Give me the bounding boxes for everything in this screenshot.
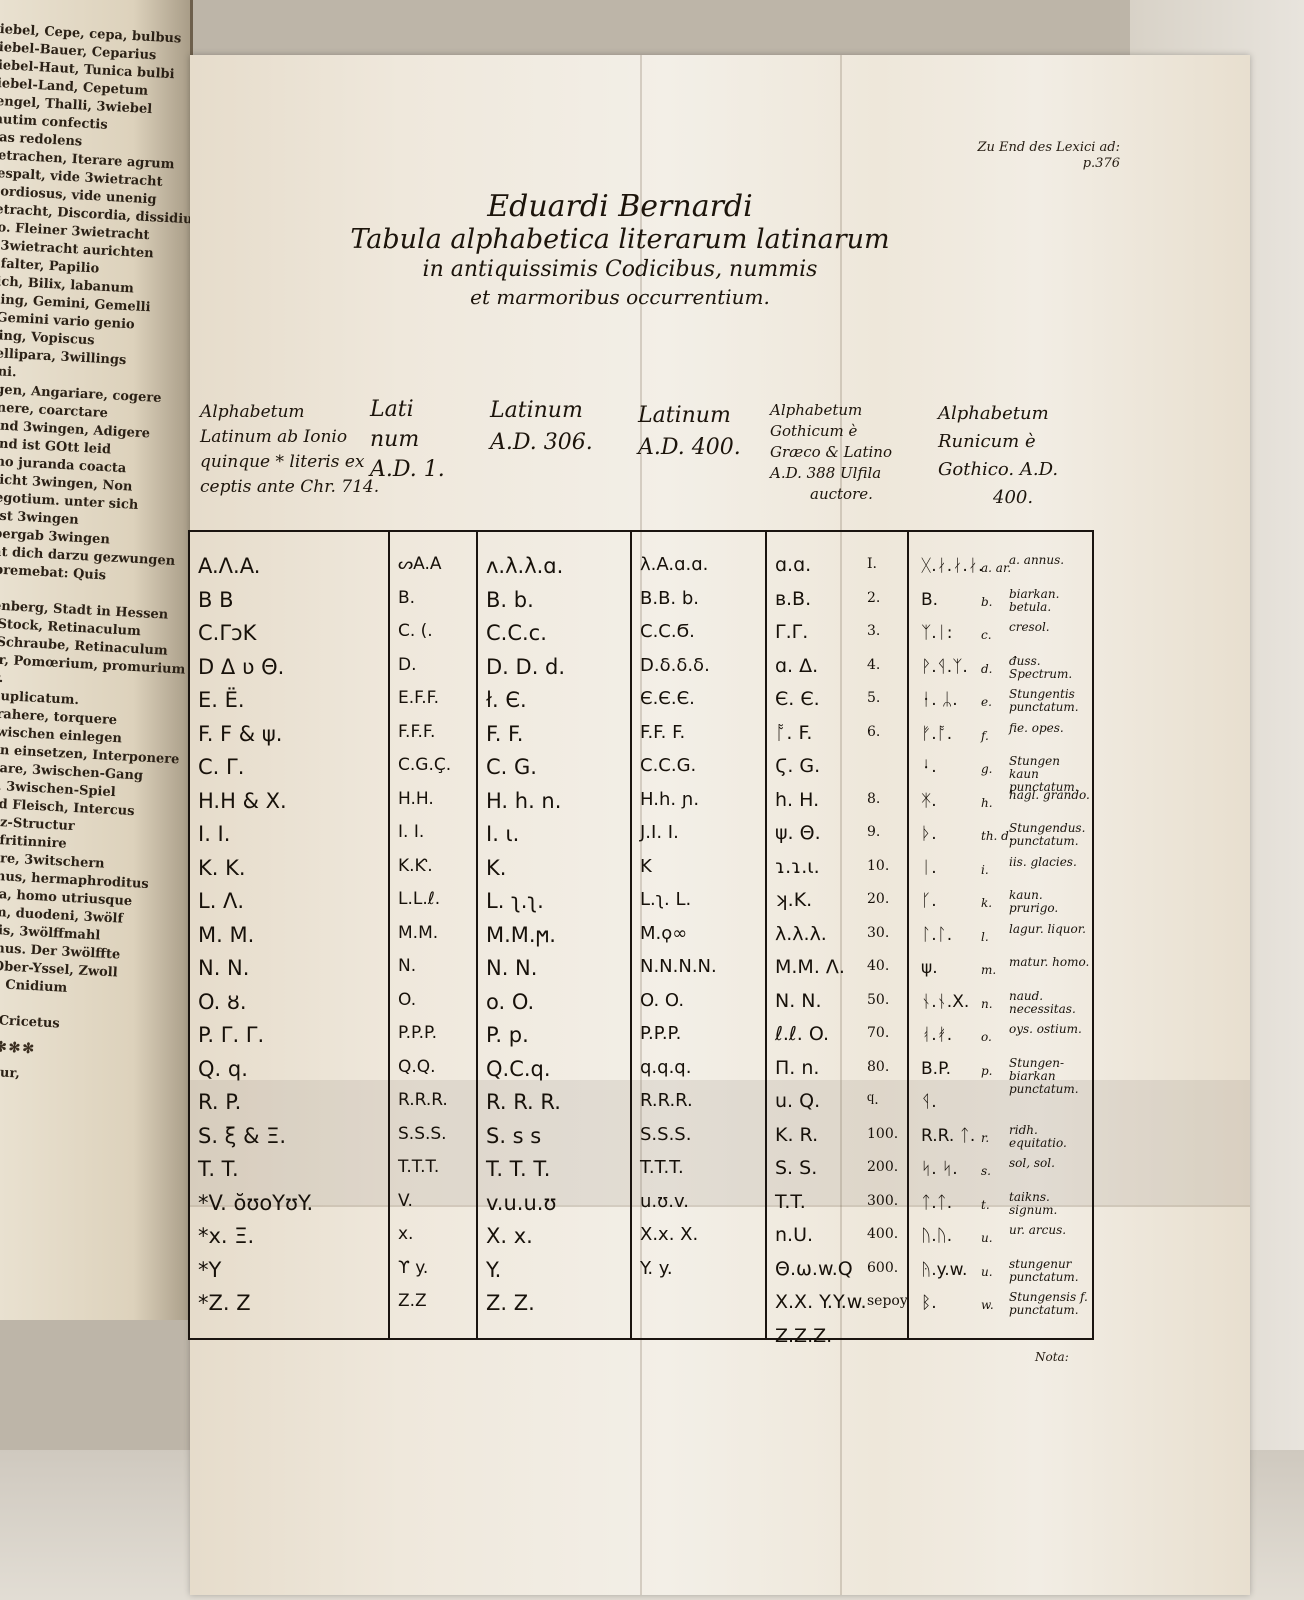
letter-form-cell: P. Γ. Γ. xyxy=(198,1023,264,1047)
letter-form-cell: x. xyxy=(398,1224,413,1244)
column-latin-ad1: ᔕA.AB.C. (.D.E.F.F.F.F.F.C.G.Ç.H.H.I. I.… xyxy=(388,532,478,1338)
header-latin-ad1: Lati num A.D. 1. xyxy=(370,395,445,485)
header-line: Alphabetum xyxy=(200,400,379,425)
letter-form-cell: C.C.G. xyxy=(640,755,696,776)
letter-form-cell: n.U. xyxy=(775,1224,813,1246)
rune-name-meaning: hagl. grando. xyxy=(1009,789,1091,802)
letter-form-cell: I. I. xyxy=(398,822,424,842)
letter-form-cell: D Δ ʋ Θ. xyxy=(198,655,284,679)
left-book-page: 3wiebel, Cepe, cepa, bulbus3wiebel-Bauer… xyxy=(0,0,193,1320)
rune-symbol: ᛁ. xyxy=(921,858,937,878)
letter-form-cell: v.u.u.ʊ xyxy=(486,1191,556,1215)
rune-name-meaning: lagur. liquor. xyxy=(1009,923,1091,936)
letter-form-cell: K.Ƙ. xyxy=(398,856,433,876)
letter-form-cell: o. O. xyxy=(486,990,534,1014)
letter-form-cell: q.q.q. xyxy=(640,1057,691,1078)
header-line: Runicum è xyxy=(938,428,1058,456)
header-line: Alphabetum xyxy=(938,400,1058,428)
letter-form-cell: D.δ.δ.δ. xyxy=(640,655,710,676)
letter-form-cell: L. Λ. xyxy=(198,889,244,913)
letter-form-cell: I. I. xyxy=(198,822,230,846)
rune-symbol: ᚠ.ᚩ. xyxy=(921,724,952,744)
rune-latin-letter: t. xyxy=(981,1199,990,1212)
letter-form-cell: S.S.S. xyxy=(398,1124,447,1144)
letter-form-cell: ɿ.ɿ.ι. xyxy=(775,856,820,878)
letter-form-cell: ᔕA.A xyxy=(398,554,442,574)
header-line: A.D. 306. xyxy=(490,427,593,459)
letter-form-cell: L. ʅ.ʅ. xyxy=(486,889,544,913)
rune-name-meaning: oys. ostium. xyxy=(1009,1023,1091,1036)
rune-symbol: ᛉ.ᛁ: xyxy=(921,623,953,643)
rune-latin-letter: a. ar. xyxy=(981,562,1011,575)
letter-form-cell: B. b. xyxy=(486,588,534,612)
rune-latin-letter: o. xyxy=(981,1031,992,1044)
header-line: Gothico. A.D. xyxy=(938,456,1058,484)
rune-latin-letter: m. xyxy=(981,964,996,977)
letter-form-cell: Ϛ. G. xyxy=(775,755,820,777)
letter-form-cell: *Z. Z xyxy=(198,1291,251,1315)
letter-form-cell: V. xyxy=(398,1191,413,1211)
numeral-value: 300. xyxy=(867,1193,898,1209)
header-latin-ad306: Latinum A.D. 306. xyxy=(490,395,593,459)
rune-symbol: ᚴ. xyxy=(921,891,937,911)
rune-symbol: R.R. ᛏ. xyxy=(921,1126,975,1146)
rune-name-meaning: fie. opes. xyxy=(1009,722,1091,735)
rune-symbol: ᛂ. ᛦ. xyxy=(921,690,958,710)
page-number: p.376 xyxy=(977,156,1120,172)
rune-name-meaning: taikns. signum. xyxy=(1009,1191,1091,1217)
letter-form-cell: ᚩ. F. xyxy=(775,722,812,744)
header-line: Latinum xyxy=(638,400,741,432)
letter-form-cell: B. xyxy=(398,588,415,608)
letter-form-cell: N. N. xyxy=(486,956,537,980)
letter-form-cell: E.F.F. xyxy=(398,688,439,708)
title-sub2: et marmoribus occurrentium. xyxy=(320,284,920,310)
letter-form-cell: C. G. xyxy=(486,755,537,779)
rune-symbol: ᚢ.ᚢ. xyxy=(921,1226,952,1246)
letter-form-cell: B.B. b. xyxy=(640,588,699,609)
rune-name-meaning: naud. necessitas. xyxy=(1009,990,1091,1016)
letter-form-cell: F. F. xyxy=(486,722,523,746)
rune-latin-letter: th. d. xyxy=(981,830,1013,843)
letter-form-cell: R.R.R. xyxy=(398,1090,448,1110)
header-line: Alphabetum xyxy=(770,400,892,421)
letter-form-cell: O. O. xyxy=(640,990,684,1011)
rune-symbol: ᛩ. xyxy=(921,1092,937,1112)
rune-latin-letter: w. xyxy=(981,1299,994,1312)
rune-symbol: ᛡ. xyxy=(921,791,937,811)
nota-label: Nota: xyxy=(1035,1350,1069,1364)
numeral-value: 10. xyxy=(867,858,889,874)
column-runic: ᚷ.ᛅ.ᛅ.ᛅ.a. ar.a. annus.B.b.biarkan. betu… xyxy=(907,532,1094,1338)
letter-form-cell: O. xyxy=(398,990,416,1010)
letter-form-cell: N. N. xyxy=(775,990,822,1012)
left-page-text: 3wiebel, Cepe, cepa, bulbus3wiebel-Bauer… xyxy=(0,20,190,1108)
letter-form-cell: ʙ.B. xyxy=(775,588,811,610)
header-runic: Alphabetum Runicum è Gothico. A.D. 400. xyxy=(938,400,1058,512)
rune-symbol: ᛋ. ᛋ. xyxy=(921,1159,958,1179)
header-line: A.D. 400. xyxy=(638,432,741,464)
rune-symbol: ᚹ.ᛩ.ᛉ. xyxy=(921,657,968,677)
letter-form-cell: ϒ y. xyxy=(398,1258,428,1278)
rune-symbol: B. xyxy=(921,590,938,610)
header-line: num xyxy=(370,425,445,455)
letter-form-cell: C.C.c. xyxy=(486,621,547,645)
letter-form-cell: J.I. I. xyxy=(640,822,679,843)
numeral-value: 4. xyxy=(867,657,880,673)
letter-form-cell: I. ι. xyxy=(486,822,519,846)
rune-symbol: ψ. xyxy=(921,958,938,978)
numeral-value: 80. xyxy=(867,1059,889,1075)
letter-form-cell: T.T.T. xyxy=(640,1157,684,1178)
letter-form-cell: ʌ.λ.λ.ɑ. xyxy=(486,554,563,578)
letter-form-cell: ɑ. Δ. xyxy=(775,655,818,677)
letter-form-cell: ɑ.ɑ. xyxy=(775,554,811,576)
numeral-value: 20. xyxy=(867,891,889,907)
rune-symbol: ᚤ.y.w. xyxy=(921,1260,967,1280)
numeral-value: 2. xyxy=(867,590,880,606)
rune-name-meaning: Stungensis f. punctatum. xyxy=(1009,1291,1091,1317)
rune-name-meaning: Stungendus. punctatum. xyxy=(1009,822,1091,848)
rune-name-meaning: stungenur punctatum. xyxy=(1009,1258,1091,1284)
letter-form-cell: M.M. xyxy=(398,923,438,943)
column-headers: Alphabetum Latinum ab Ionio quinque * li… xyxy=(190,395,1250,535)
letter-form-cell: N. N. xyxy=(198,956,249,980)
rune-name-meaning: biarkan. betula. xyxy=(1009,588,1091,614)
column-ionic-latin: A.Λ.A.B BC.ΓↄKD Δ ʋ Θ.E. Ë.F. F & ψ.C. Γ… xyxy=(190,532,388,1338)
letter-form-cell: S. ξ & Ξ. xyxy=(198,1124,286,1148)
letter-form-cell: F.F. F. xyxy=(640,722,685,743)
header-line: A.D. 388 Ulfila xyxy=(770,463,892,484)
rune-name-meaning: cresol. xyxy=(1009,621,1091,634)
letter-form-cell: R. P. xyxy=(198,1090,241,1114)
rune-name-meaning: đuss. Spectrum. xyxy=(1009,655,1091,681)
header-line: Latinum xyxy=(490,395,593,427)
letter-form-cell: S. s s xyxy=(486,1124,541,1148)
letter-form-cell: *Y xyxy=(198,1258,221,1282)
folding-plate: Zu End des Lexici ad: p.376 Eduardi Bern… xyxy=(190,55,1250,1595)
rune-symbol: ᛒ. xyxy=(921,1293,937,1313)
letter-form-cell: S. S. xyxy=(775,1157,817,1179)
column-latin-ad400: λ.A.ɑ.ɑ.B.B. b.C.C.Ϭ.D.δ.δ.δ.Є.Є.Є.F.F. … xyxy=(630,532,767,1338)
letter-form-cell: H.H. xyxy=(398,789,434,809)
page-reference: Zu End des Lexici ad: p.376 xyxy=(977,140,1120,172)
rune-name-meaning: matur. homo. xyxy=(1009,956,1091,969)
alphabet-table: A.Λ.A.B BC.ΓↄKD Δ ʋ Θ.E. Ë.F. F & ψ.C. Γ… xyxy=(188,530,1094,1340)
letter-form-cell: B B xyxy=(198,588,234,612)
letter-form-cell: K xyxy=(640,856,652,877)
rune-latin-letter: f. xyxy=(981,730,989,743)
rune-latin-letter: k. xyxy=(981,897,992,910)
letter-form-cell: A.Λ.A. xyxy=(198,554,260,578)
numeral-value: 30. xyxy=(867,925,889,941)
letter-form-cell: *V. ŏʊoYʊY. xyxy=(198,1191,313,1215)
letter-form-cell: C.G.Ç. xyxy=(398,755,451,775)
header-latin-ad400: Latinum A.D. 400. xyxy=(638,400,741,464)
letter-form-cell: Θ.ω.w.Q xyxy=(775,1258,853,1280)
header-line: auctore. xyxy=(770,484,892,505)
letter-form-cell: Q.C.q. xyxy=(486,1057,551,1081)
numeral-value: 8. xyxy=(867,791,880,807)
rune-name-meaning: iis. glacies. xyxy=(1009,856,1091,869)
rune-latin-letter: l. xyxy=(981,931,989,944)
title-sub: in antiquissimis Codicibus, nummis xyxy=(320,256,920,284)
letter-form-cell: R.R.R. xyxy=(640,1090,693,1111)
letter-form-cell: N.N.N.N. xyxy=(640,956,717,977)
letter-form-cell: λ.A.ɑ.ɑ. xyxy=(640,554,708,575)
rune-latin-letter: s. xyxy=(981,1165,991,1178)
header-line: Latinum ab Ionio xyxy=(200,425,379,450)
header-gothic: Alphabetum Gothicum è Græco & Latino A.D… xyxy=(770,400,892,505)
rune-name-meaning: a. annus. xyxy=(1009,554,1091,567)
rune-name-meaning: Stungen-biarkan punctatum. xyxy=(1009,1057,1091,1096)
numeral-value: ϥ. xyxy=(867,1092,879,1109)
letter-form-cell: M.M.ϻ. xyxy=(486,923,556,947)
header-ionic-latin: Alphabetum Latinum ab Ionio quinque * li… xyxy=(200,400,379,500)
letter-form-cell: ʞ.K. xyxy=(775,889,812,911)
numeral-value: 6. xyxy=(867,724,880,740)
letter-form-cell: K. xyxy=(486,856,506,880)
header-line: Gothicum è xyxy=(770,421,892,442)
letter-form-cell: Γ.Γ. xyxy=(775,621,808,643)
letter-form-cell: R. R. R. xyxy=(486,1090,561,1114)
title-author: Eduardi Bernardi xyxy=(320,190,920,224)
letter-form-cell: Z.Z xyxy=(398,1291,427,1311)
letter-form-cell: ł. Є. xyxy=(486,688,527,712)
rune-symbol: ᚾ.ᚾ.X. xyxy=(921,992,969,1012)
numeral-value: 3. xyxy=(867,623,880,639)
rune-latin-letter: g. xyxy=(981,763,993,776)
rune-name-meaning: sol, sol. xyxy=(1009,1157,1091,1170)
letter-form-cell: ψ. Θ. xyxy=(775,822,821,844)
letter-form-cell: *x. Ξ. xyxy=(198,1224,254,1248)
letter-form-cell: Є. Є. xyxy=(775,688,820,710)
letter-form-cell: T.T.T. xyxy=(398,1157,439,1177)
letter-form-cell: Q.Q. xyxy=(398,1057,436,1077)
header-line: Lati xyxy=(370,395,445,425)
rune-latin-letter: h. xyxy=(981,797,993,810)
letter-form-cell: F.F.F. xyxy=(398,722,435,742)
letter-form-cell: Z. Z. xyxy=(486,1291,535,1315)
header-line: Græco & Latino xyxy=(770,442,892,463)
letter-form-cell: Z.Z.Z. xyxy=(775,1325,832,1347)
page-reference-line: Zu End des Lexici ad: xyxy=(977,140,1120,156)
header-line: A.D. 1. xyxy=(370,455,445,485)
letter-form-cell: C.C.Ϭ. xyxy=(640,621,695,642)
letter-form-cell: λ.λ.λ. xyxy=(775,923,827,945)
rune-symbol: ᚮ.ᚯ. xyxy=(921,1025,952,1045)
rune-latin-letter: d. xyxy=(981,663,993,676)
rune-symbol: ᚷ.ᛅ.ᛅ.ᛅ. xyxy=(921,556,983,576)
letter-form-cell: C. (. xyxy=(398,621,433,641)
numeral-value: I. xyxy=(867,556,877,572)
plate-title: Eduardi Bernardi Tabula alphabetica lite… xyxy=(320,190,920,310)
letter-form-cell: L.L.ℓ. xyxy=(398,889,440,909)
letter-form-cell: H.H & X. xyxy=(198,789,287,813)
rune-latin-letter: i. xyxy=(981,864,989,877)
rune-latin-letter: b. xyxy=(981,596,993,609)
letter-form-cell: E. Ë. xyxy=(198,688,245,712)
letter-form-cell: Y. y. xyxy=(640,1258,673,1279)
column-gothic: ɑ.ɑ.I.ʙ.B.2.Γ.Γ.3.ɑ. Δ.4.Є. Є.5.ᚩ. F.6.Ϛ… xyxy=(765,532,909,1338)
column-latin-ad306: ʌ.λ.λ.ɑ.B. b.C.C.c.D. D. d.ł. Є.F. F.C. … xyxy=(476,532,632,1338)
numeral-value: 100. xyxy=(867,1126,898,1142)
rune-latin-letter: u. xyxy=(981,1266,993,1279)
letter-form-cell: h. H. xyxy=(775,789,819,811)
rune-latin-letter: r. xyxy=(981,1132,989,1145)
letter-form-cell: K. K. xyxy=(198,856,246,880)
rune-latin-letter: u. xyxy=(981,1232,993,1245)
rune-symbol: B.P. xyxy=(921,1059,951,1079)
rune-symbol: ᚦ. xyxy=(921,824,937,844)
header-line: 400. xyxy=(938,484,1058,512)
letter-form-cell: X.x. X. xyxy=(640,1224,698,1245)
rune-name-meaning: ur. arcus. xyxy=(1009,1224,1091,1237)
numeral-value: 9. xyxy=(867,824,880,840)
numeral-value: 600. xyxy=(867,1260,898,1276)
letter-form-cell: M.M. Λ. xyxy=(775,956,845,978)
rune-name-meaning: ridh. equitatio. xyxy=(1009,1124,1091,1150)
letter-form-cell: u.ʊ.v. xyxy=(640,1191,689,1212)
letter-form-cell: T. T. xyxy=(198,1157,239,1181)
numeral-value: 40. xyxy=(867,958,889,974)
numeral-value: 200. xyxy=(867,1159,898,1175)
letter-form-cell: X.X. Y.Y.w. xyxy=(775,1291,867,1313)
letter-form-cell: P.P.P. xyxy=(398,1023,437,1043)
header-line: quinque * literis ex xyxy=(200,450,379,475)
letter-form-cell: H. h. n. xyxy=(486,789,561,813)
letter-form-cell: D. xyxy=(398,655,417,675)
letter-form-cell: u. Q. xyxy=(775,1090,820,1112)
letter-form-cell: P. p. xyxy=(486,1023,529,1047)
rune-symbol: ᛚ.ᛚ. xyxy=(921,925,952,945)
letter-form-cell: C. Γ. xyxy=(198,755,244,779)
rune-symbol: ᛏ.ᛏ. xyxy=(921,1193,952,1213)
numeral-value: 70. xyxy=(867,1025,889,1041)
numeral-value: 50. xyxy=(867,992,889,1008)
letter-form-cell: T. T. T. xyxy=(486,1157,550,1181)
letter-form-cell: T.T. xyxy=(775,1191,806,1213)
title-main: Tabula alphabetica literarum latinarum xyxy=(320,224,920,256)
letter-form-cell: L.ʅ. L. xyxy=(640,889,691,910)
letter-form-cell: D. D. d. xyxy=(486,655,565,679)
letter-form-cell: H.h. ɲ. xyxy=(640,789,699,810)
letter-form-cell: M.ϙ∞ xyxy=(640,923,687,944)
rune-name-meaning: Stungentis punctatum. xyxy=(1009,688,1091,714)
letter-form-cell: Q. q. xyxy=(198,1057,248,1081)
letter-form-cell: ℓ.ℓ. O. xyxy=(775,1023,829,1045)
letter-form-cell: N. xyxy=(398,956,416,976)
letter-form-cell: Є.Є.Є. xyxy=(640,688,695,709)
letter-form-cell: Π. n. xyxy=(775,1057,819,1079)
numeral-value: sepoy. xyxy=(867,1293,910,1309)
letter-form-cell: Y. xyxy=(486,1258,501,1282)
letter-form-cell: X. x. xyxy=(486,1224,533,1248)
letter-form-cell: M. M. xyxy=(198,923,254,947)
letter-form-cell: S.S.S. xyxy=(640,1124,691,1145)
rune-latin-letter: p. xyxy=(981,1065,993,1078)
numeral-value: 400. xyxy=(867,1226,898,1242)
numeral-value: 5. xyxy=(867,690,880,706)
rune-latin-letter: e. xyxy=(981,696,992,709)
letter-form-cell: C.ΓↄK xyxy=(198,621,256,645)
left-page-line: ✻✻✻✻✻✻✻✻ xyxy=(0,1035,137,1064)
rune-name-meaning: kaun. prurigo. xyxy=(1009,889,1091,915)
header-line: ceptis ante Chr. 714. xyxy=(200,475,379,500)
rune-latin-letter: c. xyxy=(981,629,992,642)
letter-form-cell: F. F & ψ. xyxy=(198,722,282,746)
rune-symbol: ᛍ. xyxy=(921,757,937,777)
letter-form-cell: O. ȣ. xyxy=(198,990,247,1014)
letter-form-cell: P.P.P. xyxy=(640,1023,681,1044)
letter-form-cell: K. R. xyxy=(775,1124,818,1146)
rune-latin-letter: n. xyxy=(981,998,993,1011)
